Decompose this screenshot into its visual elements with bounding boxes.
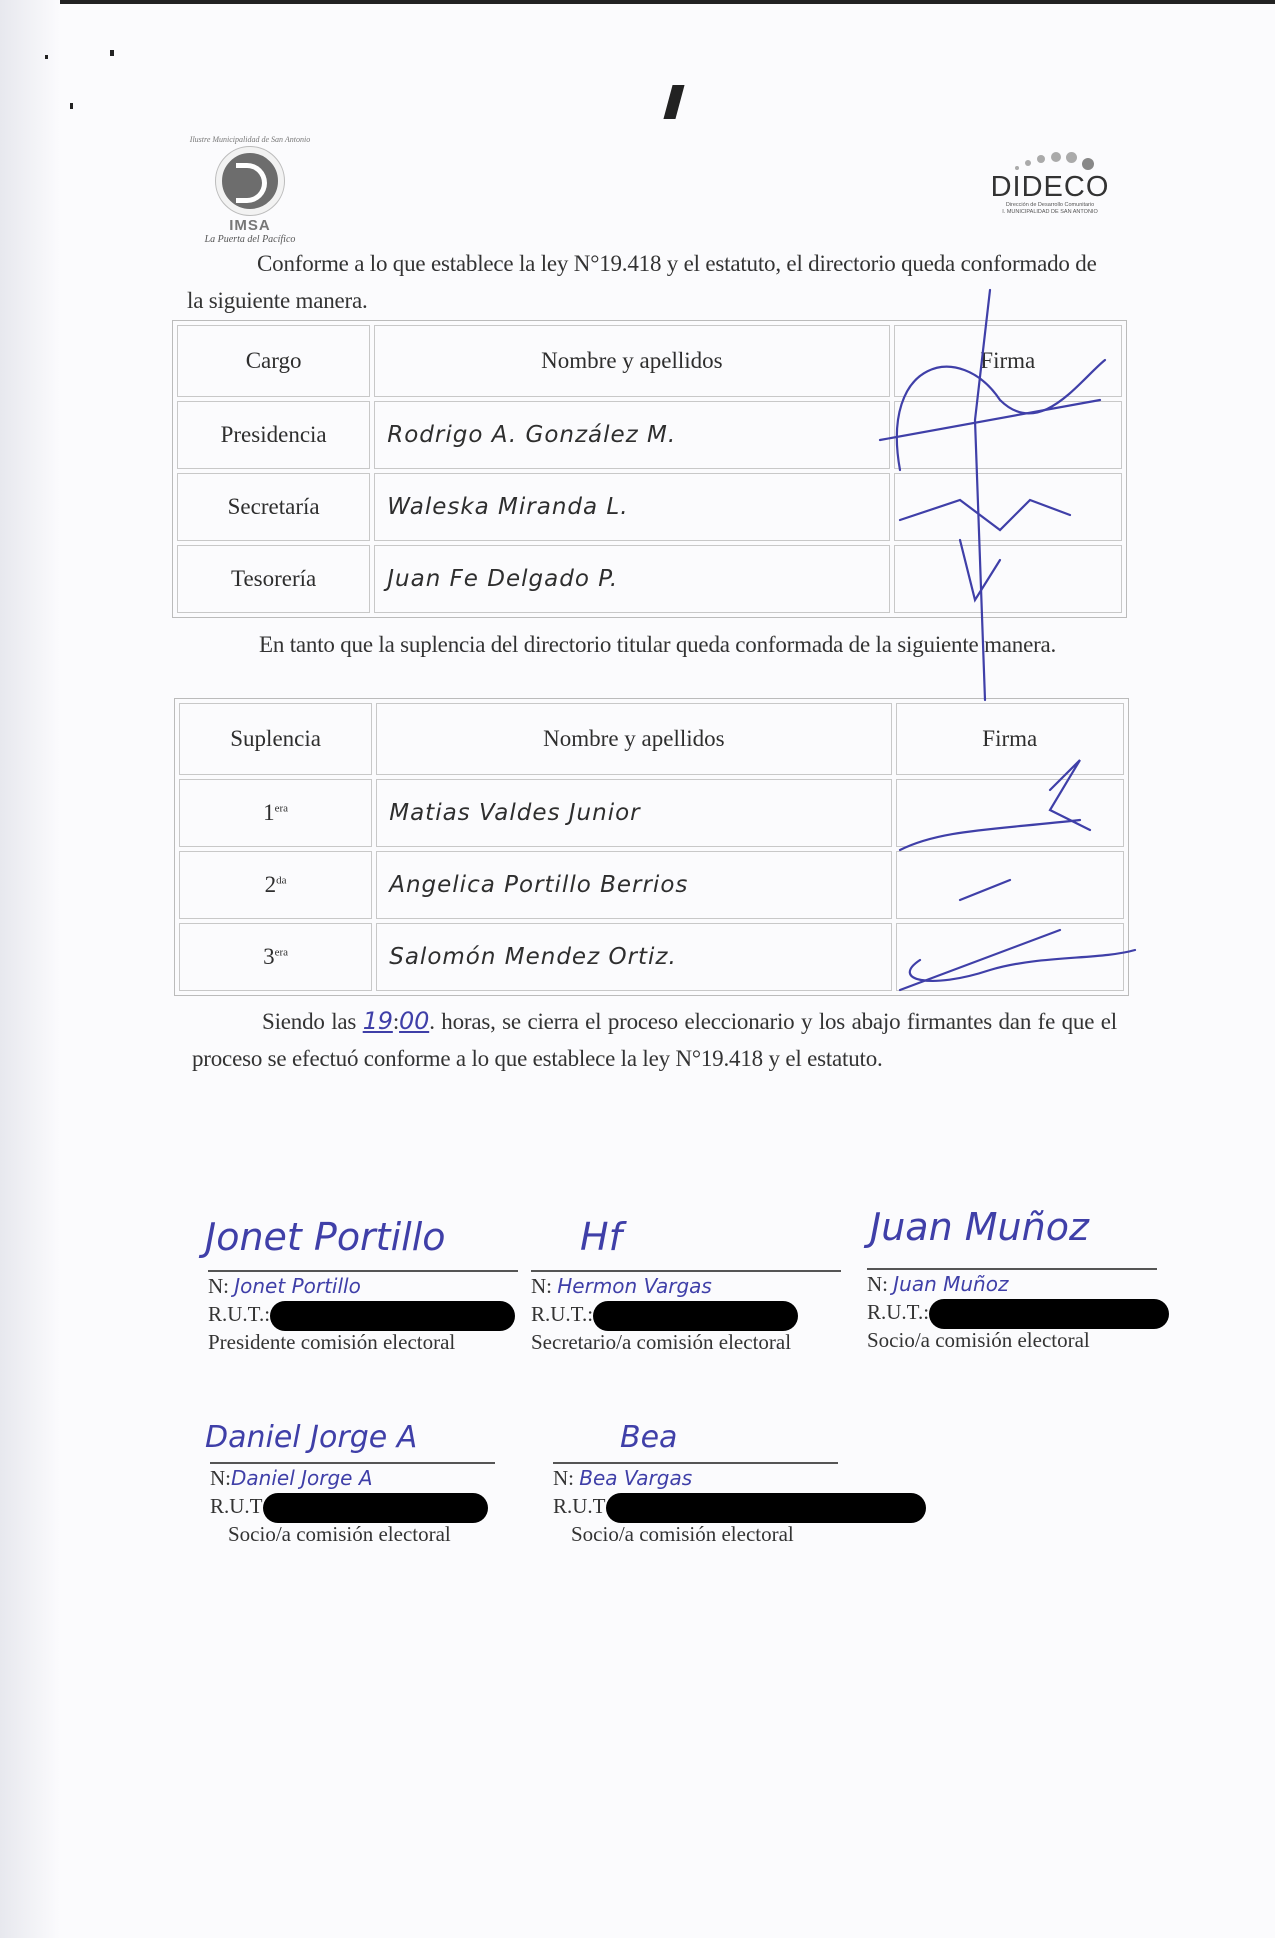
redacted-rut — [929, 1299, 1169, 1329]
imsa-arc-text: Ilustre Municipalidad de San Antonio — [185, 135, 315, 144]
signatory-role: Socio/a comisión electoral — [553, 1520, 893, 1548]
signatory-block: N: Hermon Vargas R.U.T.: Secretario/a co… — [531, 1270, 841, 1356]
imsa-emblem-icon — [216, 147, 284, 215]
signatory-role: Socio/a comisión electoral — [867, 1326, 1157, 1354]
scan-shadow — [0, 0, 60, 1938]
imsa-name: IMSA — [185, 217, 315, 234]
table-header-row: Suplencia Nombre y apellidos Firma — [179, 703, 1124, 775]
dideco-dots-icon — [985, 150, 1115, 172]
dideco-name: DIDECO — [985, 172, 1115, 202]
table-row: Secretaría Waleska Miranda L. — [177, 473, 1122, 541]
redacted-rut — [270, 1301, 515, 1331]
signatory-block: N: Bea Vargas R.U.T Socio/a comisión ele… — [553, 1462, 893, 1548]
table-row: 2da Angelica Portillo Berrios — [179, 851, 1124, 919]
suplencia-table: Suplencia Nombre y apellidos Firma 1era … — [174, 698, 1129, 996]
dideco-line1: Dirección de Desarrollo Comunitario — [985, 202, 1115, 209]
firma-cell — [896, 851, 1124, 919]
closing-paragraph: Siendo las 19:00. horas, se cierra el pr… — [192, 1003, 1117, 1077]
table-row: Presidencia Rodrigo A. González M. — [177, 401, 1122, 469]
closing-minute: 00 — [399, 1007, 429, 1035]
suplencia-cell: 1era — [179, 779, 372, 847]
signatory-block: N:Daniel Jorge A R.U.T Socio/a comisión … — [210, 1462, 495, 1548]
cargo-cell: Tesorería — [177, 545, 370, 613]
scan-speck — [70, 103, 73, 109]
nombre-cell: Juan Fe Delgado P. — [374, 545, 889, 613]
signature-scribble: Juan Muñoz — [870, 1205, 1089, 1249]
signatory-role: Socio/a comisión electoral — [210, 1520, 495, 1548]
header-nombre: Nombre y apellidos — [376, 703, 891, 775]
imsa-tagline: La Puerta del Pacífico — [185, 234, 315, 245]
signatory-block: N: Jonet Portillo R.U.T.: Presidente com… — [208, 1270, 518, 1356]
redacted-rut — [263, 1493, 488, 1523]
signature-scribble: Daniel Jorge A — [205, 1420, 417, 1455]
table-row: 1era Matias Valdes Junior — [179, 779, 1124, 847]
closing-hour: 19 — [363, 1007, 393, 1035]
directorio-table: Cargo Nombre y apellidos Firma Presidenc… — [172, 320, 1127, 618]
redacted-rut — [606, 1493, 926, 1523]
signatory-block: N: Juan Muñoz R.U.T.: Socio/a comisión e… — [867, 1268, 1157, 1354]
table-header-row: Cargo Nombre y apellidos Firma — [177, 325, 1122, 397]
closing-prefix: Siendo las — [262, 1009, 356, 1034]
dideco-logo: DIDECO Dirección de Desarrollo Comunitar… — [985, 150, 1115, 216]
signatory-role: Presidente comisión electoral — [208, 1328, 518, 1356]
nombre-cell: Rodrigo A. González M. — [374, 401, 889, 469]
signature-scribble: Hf — [580, 1215, 622, 1259]
table-row: Tesorería Juan Fe Delgado P. — [177, 545, 1122, 613]
cargo-cell: Secretaría — [177, 473, 370, 541]
nombre-cell: Angelica Portillo Berrios — [376, 851, 891, 919]
nombre-cell: Matias Valdes Junior — [376, 779, 891, 847]
suplencia-cell: 2da — [179, 851, 372, 919]
firma-cell — [896, 923, 1124, 991]
suplencia-cell: 3era — [179, 923, 372, 991]
intro-paragraph: Conforme a lo que establece la ley N°19.… — [187, 245, 1112, 319]
signature-scribble: Bea — [620, 1420, 677, 1455]
signature-scribble: Jonet Portillo — [205, 1215, 446, 1259]
signatory-name: Daniel Jorge A — [231, 1466, 373, 1490]
scan-speck — [110, 50, 114, 56]
firma-cell — [896, 779, 1124, 847]
suplencia-paragraph: En tanto que la suplencia del directorio… — [189, 626, 1114, 663]
header-cargo: Cargo — [177, 325, 370, 397]
header-suplencia: Suplencia — [179, 703, 372, 775]
nombre-cell: Salomón Mendez Ortiz. — [376, 923, 891, 991]
firma-cell — [894, 401, 1122, 469]
header-firma: Firma — [894, 325, 1122, 397]
header-firma: Firma — [896, 703, 1124, 775]
scan-speck — [45, 55, 48, 59]
scan-top-edge — [0, 0, 1275, 4]
dideco-line2: I. MUNICIPALIDAD DE SAN ANTONIO — [985, 209, 1115, 216]
header-nombre: Nombre y apellidos — [374, 325, 889, 397]
table-row: 3era Salomón Mendez Ortiz. — [179, 923, 1124, 991]
imsa-logo: Ilustre Municipalidad de San Antonio IMS… — [185, 135, 315, 245]
firma-cell — [894, 545, 1122, 613]
nombre-cell: Waleska Miranda L. — [374, 473, 889, 541]
firma-cell — [894, 473, 1122, 541]
signatory-name: Hermon Vargas — [557, 1274, 712, 1298]
signatory-name: Bea Vargas — [579, 1466, 692, 1490]
signatory-role: Secretario/a comisión electoral — [531, 1328, 841, 1356]
redacted-rut — [593, 1301, 798, 1331]
signatory-name: Jonet Portillo — [234, 1274, 361, 1298]
signatory-name: Juan Muñoz — [893, 1272, 1008, 1296]
cargo-cell: Presidencia — [177, 401, 370, 469]
scan-speck — [663, 85, 684, 119]
